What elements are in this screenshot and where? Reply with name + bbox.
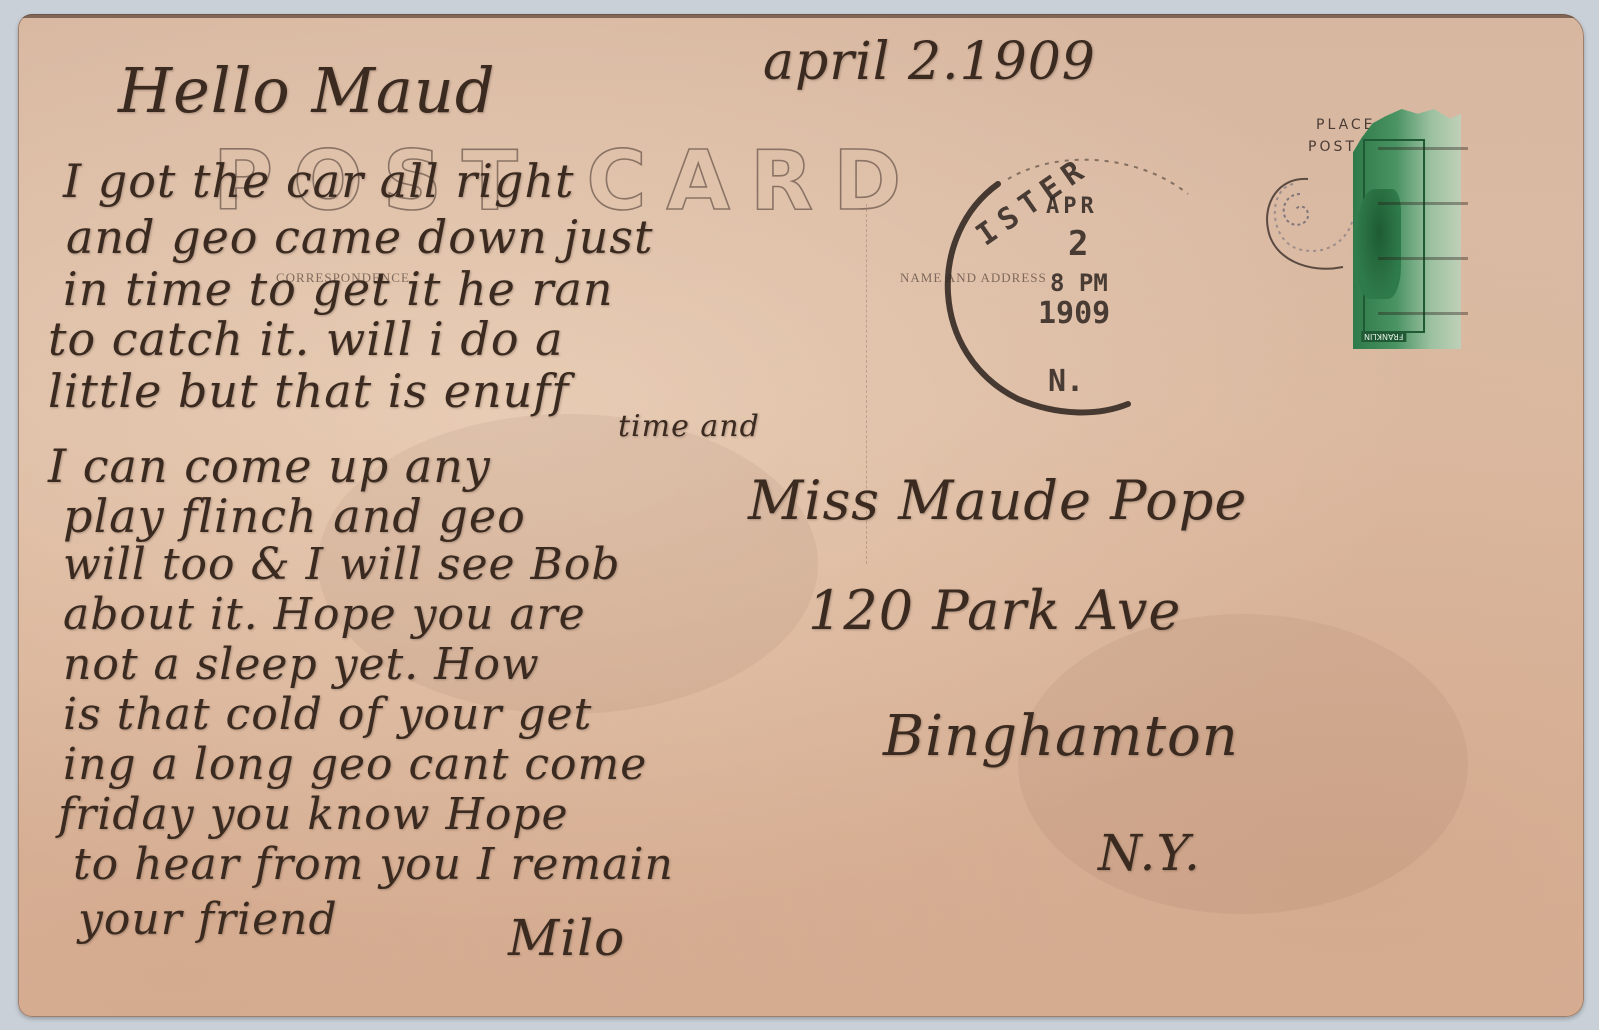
address-name: Miss Maude Pope bbox=[748, 469, 1247, 532]
postmark-year: 1909 bbox=[1038, 296, 1110, 331]
stamp-label: FRANKLIN bbox=[1361, 331, 1406, 342]
message-line: about it. Hope you are bbox=[63, 589, 586, 640]
postmark-time: 8 PM bbox=[1050, 269, 1108, 297]
message-line: little but that is enuff bbox=[48, 364, 569, 418]
message-line: in time to get it he ran bbox=[63, 262, 614, 316]
postmark-state: N. bbox=[1048, 364, 1084, 399]
message-line: to hear from you I remain bbox=[73, 839, 674, 890]
stamp-cancel-lines bbox=[1378, 109, 1468, 329]
message-closing: your friend bbox=[78, 894, 338, 945]
address-city: Binghamton bbox=[883, 704, 1239, 769]
message-line: to catch it. will i do a bbox=[48, 312, 564, 366]
message-line: ing a long geo cant come bbox=[63, 739, 647, 790]
message-line: I can come up any bbox=[48, 439, 491, 493]
greeting: Hello Maud bbox=[118, 54, 496, 127]
message-line: friday you know Hope bbox=[58, 789, 569, 840]
address-state: N.Y. bbox=[1098, 824, 1201, 882]
message-insertion: time and bbox=[618, 409, 760, 444]
postmark-month: APR bbox=[1046, 194, 1098, 219]
message-line: is that cold of your get bbox=[63, 689, 592, 740]
address-street: 120 Park Ave bbox=[808, 579, 1181, 642]
message-line: not a sleep yet. How bbox=[63, 639, 540, 690]
postcard-back: POST CARD CORRESPONDENCE NAME AND ADDRES… bbox=[18, 14, 1584, 1017]
message-line: will too & I will see Bob bbox=[63, 539, 621, 590]
postmark: ISTER APR 2 8 PM 1909 N. bbox=[938, 154, 1238, 424]
message-line: I got the car all right bbox=[63, 154, 575, 208]
message-line: and geo came down just bbox=[66, 210, 654, 264]
message-line: play flinch and geo bbox=[63, 489, 526, 543]
date: april 2.1909 bbox=[763, 32, 1096, 92]
postmark-day: 2 bbox=[1068, 224, 1088, 264]
signature: Milo bbox=[508, 909, 625, 967]
